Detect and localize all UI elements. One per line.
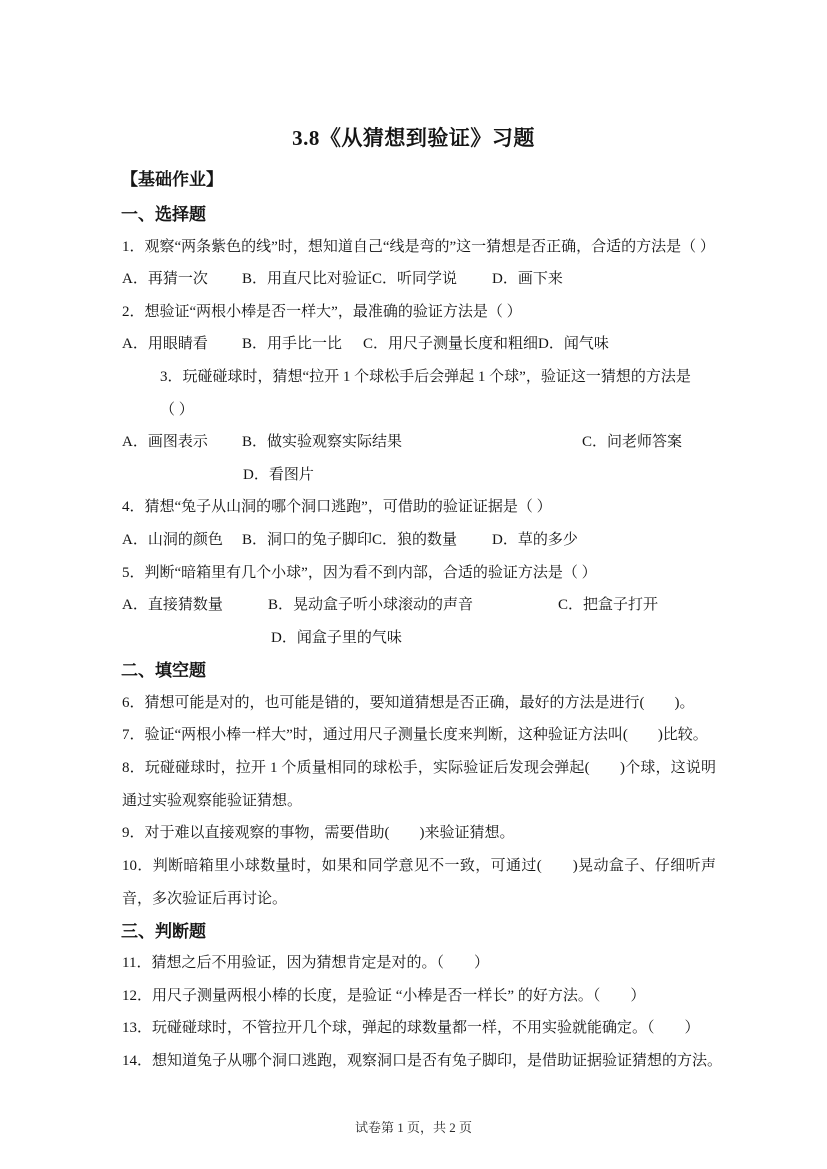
option-c: C．狼的数量 <box>372 524 492 557</box>
option-b: B．用直尺比对验证 <box>242 263 372 296</box>
option-d: D．草的多少 <box>492 524 578 557</box>
option-a: A．用眼睛看 <box>122 328 242 361</box>
question-3-stem-line1: 3．玩碰碰球时，猜想“拉开 1 个球松手后会弹起 1 个球”，验证这一猜想的方法… <box>160 361 691 394</box>
option-d: D．画下来 <box>492 263 563 296</box>
exam-page: 3.8《从猜想到验证》习题 【基础作业】 一、选择题 1．观察“两条紫色的线”时… <box>0 0 827 1169</box>
question-10: 10．判断暗箱里小球数量时，如果和同学意见不一致，可通过( )晃动盒子、仔细听声… <box>122 850 716 915</box>
question-4-stem: 4．猜想“兔子从山洞的哪个洞口逃跑”，可借助的验证证据是（ ） <box>122 491 552 524</box>
page-footer: 试卷第 1 页，共 2 页 <box>0 1118 827 1138</box>
section-fill-questions: 二、填空题 <box>121 654 206 687</box>
question-3-option-d: D．看图片 <box>243 459 314 492</box>
question-11: 11．猜想之后不用验证，因为猜想肯定是对的。（ ） <box>122 947 489 980</box>
option-a: A．山洞的颜色 <box>122 524 242 557</box>
question-7: 7．验证“两根小棒一样大”时，通过用尺子测量长度来判断，这种验证方法叫( )比较… <box>122 719 708 752</box>
option-b: B．洞口的兔子脚印 <box>242 524 372 557</box>
question-6: 6．猜想可能是对的，也可能是错的，要知道猜想是否正确，最好的方法是进行( )。 <box>122 687 695 720</box>
option-c: C．用尺子测量长度和粗细 <box>363 328 538 361</box>
question-1-stem: 1．观察“两条紫色的线”时，想知道自己“线是弯的”这一猜想是否正确，合适的方法是… <box>122 231 715 264</box>
section-choice-questions: 一、选择题 <box>121 198 206 231</box>
option-c: C．问老师答案 <box>582 426 682 459</box>
option-d: D．闻气味 <box>538 328 609 361</box>
question-4-options: A．山洞的颜色B．洞口的兔子脚印C．狼的数量D．草的多少 <box>122 524 578 557</box>
question-5-option-d: D．闻盒子里的气味 <box>271 622 402 655</box>
question-14: 14．想知道兔子从哪个洞口逃跑，观察洞口是否有兔子脚印，是借助证据验证猜想的方法… <box>122 1045 722 1078</box>
question-8: 8．玩碰碰球时，拉开 1 个质量相同的球松手，实际验证后发现会弹起( )个球，这… <box>122 752 716 817</box>
question-12: 12．用尺子测量两根小棒的长度，是验证 “小棒是否一样长” 的好方法。（ ） <box>122 980 645 1013</box>
question-5-options: A．直接猜数量B．晃动盒子听小球滚动的声音C．把盒子打开 <box>122 589 658 622</box>
question-3-stem-line2: （ ） <box>160 394 194 427</box>
section-basic-homework: 【基础作业】 <box>121 163 223 196</box>
option-b: B．做实验观察实际结果 <box>242 426 582 459</box>
option-a: A．再猜一次 <box>122 263 242 296</box>
option-c: C．把盒子打开 <box>558 589 658 622</box>
question-5-stem: 5．判断“暗箱里有几个小球”，因为看不到内部，合适的验证方法是（ ） <box>122 557 597 590</box>
option-a: A．直接猜数量 <box>122 589 268 622</box>
option-b: B．用手比一比 <box>242 328 363 361</box>
option-b: B．晃动盒子听小球滚动的声音 <box>268 589 558 622</box>
question-2-stem: 2．想验证“两根小棒是否一样大”，最准确的验证方法是（ ） <box>122 296 522 329</box>
option-c: C．听同学说 <box>372 263 492 296</box>
question-2-options: A．用眼睛看B．用手比一比C．用尺子测量长度和粗细D．闻气味 <box>122 328 609 361</box>
question-3-options: A．画图表示B．做实验观察实际结果C．问老师答案 <box>122 426 682 459</box>
question-9: 9．对于难以直接观察的事物，需要借助( )来验证猜想。 <box>122 817 515 850</box>
question-1-options: A．再猜一次B．用直尺比对验证C．听同学说D．画下来 <box>122 263 563 296</box>
section-judge-questions: 三、判断题 <box>121 915 206 948</box>
option-a: A．画图表示 <box>122 426 242 459</box>
question-13: 13．玩碰碰球时，不管拉开几个球，弹起的球数量都一样，不用实验就能确定。（ ） <box>122 1012 700 1045</box>
page-title: 3.8《从猜想到验证》习题 <box>0 122 827 154</box>
